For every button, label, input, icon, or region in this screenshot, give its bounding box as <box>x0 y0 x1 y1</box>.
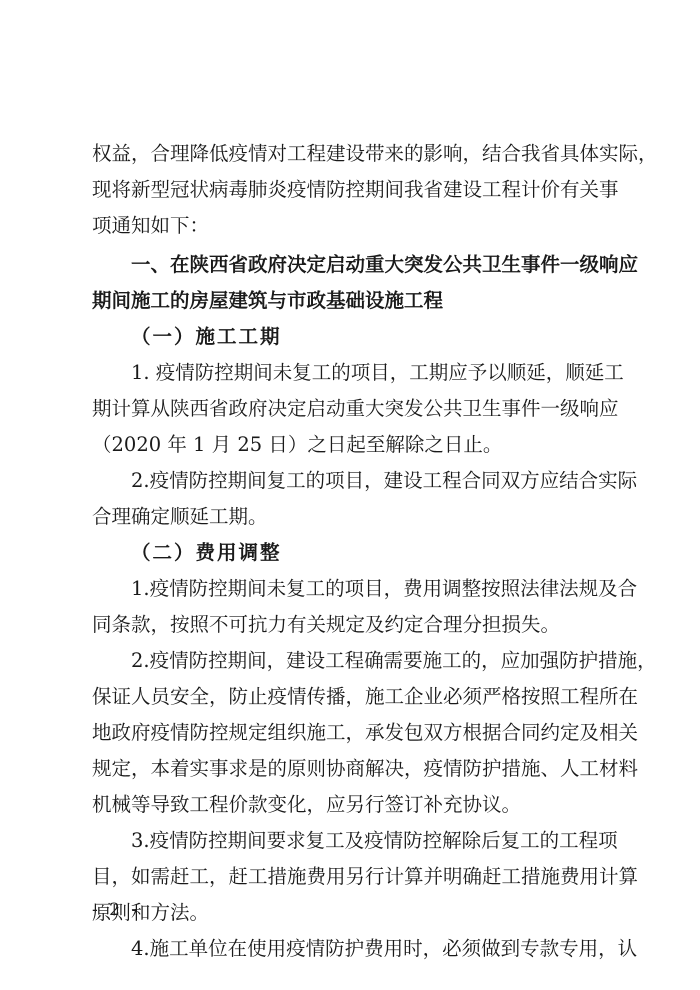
paragraph-line: 现将新型冠状病毒肺炎疫情防控期间我省建设工程计价有关事 <box>92 178 612 202</box>
paragraph-line: 原则和方法。 <box>92 901 612 925</box>
paragraph-line: 3.疫情防控期间要求复工及疫情防控解除后复工的工程项 <box>131 829 612 853</box>
section-heading: 期间施工的房屋建筑与市政基础设施工程 <box>92 289 612 313</box>
document-page: 权益，合理降低疫情对工程建设带来的影响，结合我省具体实际， 现将新型冠状病毒肺炎… <box>0 0 700 990</box>
paragraph-line: 地政府疫情防控规定组织施工，承发包双方根据合同约定及相关 <box>92 721 612 745</box>
subsection-title: （二）费用调整 <box>131 541 282 565</box>
paragraph-line: 规定，本着实事求是的原则协商解决，疫情防护措施、人工材料 <box>92 757 612 781</box>
paragraph-line: 2.疫情防控期间复工的项目，建设工程合同双方应结合实际 <box>131 469 612 493</box>
paragraph-line: （2020 年 1 月 25 日）之日起至解除之日止。 <box>92 433 612 457</box>
paragraph-line: 同条款，按照不可抗力有关规定及约定合理分担损失。 <box>92 613 612 637</box>
section-heading: 一、在陕西省政府决定启动重大突发公共卫生事件一级响应 <box>131 253 612 277</box>
paragraph-line: 期计算从陕西省政府决定启动重大突发公共卫生事件一级响应 <box>92 397 612 421</box>
paragraph-line: 4.施工单位在使用疫情防护费用时，必须做到专款专用，认 <box>131 937 612 961</box>
paragraph-line: 项通知如下： <box>92 214 612 238</box>
paragraph-line: 机械等导致工程价款变化，应另行签订补充协议。 <box>92 793 612 817</box>
paragraph-line: 权益，合理降低疫情对工程建设带来的影响，结合我省具体实际， <box>92 142 612 166</box>
page-number: - 2 - <box>92 900 140 920</box>
paragraph-line: 目，如需赶工，赶工措施费用另行计算并明确赶工措施费用计算 <box>92 865 612 889</box>
paragraph-line: 2.疫情防控期间，建设工程确需要施工的，应加强防护措施， <box>131 649 612 673</box>
subsection-title: （一）施工工期 <box>131 325 282 349</box>
paragraph-line: 1. 疫情防控期间未复工的项目，工期应予以顺延，顺延工 <box>131 361 612 385</box>
paragraph-line: 保证人员安全，防止疫情传播，施工企业必须严格按照工程所在 <box>92 685 612 709</box>
paragraph-line: 合理确定顺延工期。 <box>92 505 612 529</box>
paragraph-line: 1.疫情防控期间未复工的项目，费用调整按照法律法规及合 <box>131 577 612 601</box>
